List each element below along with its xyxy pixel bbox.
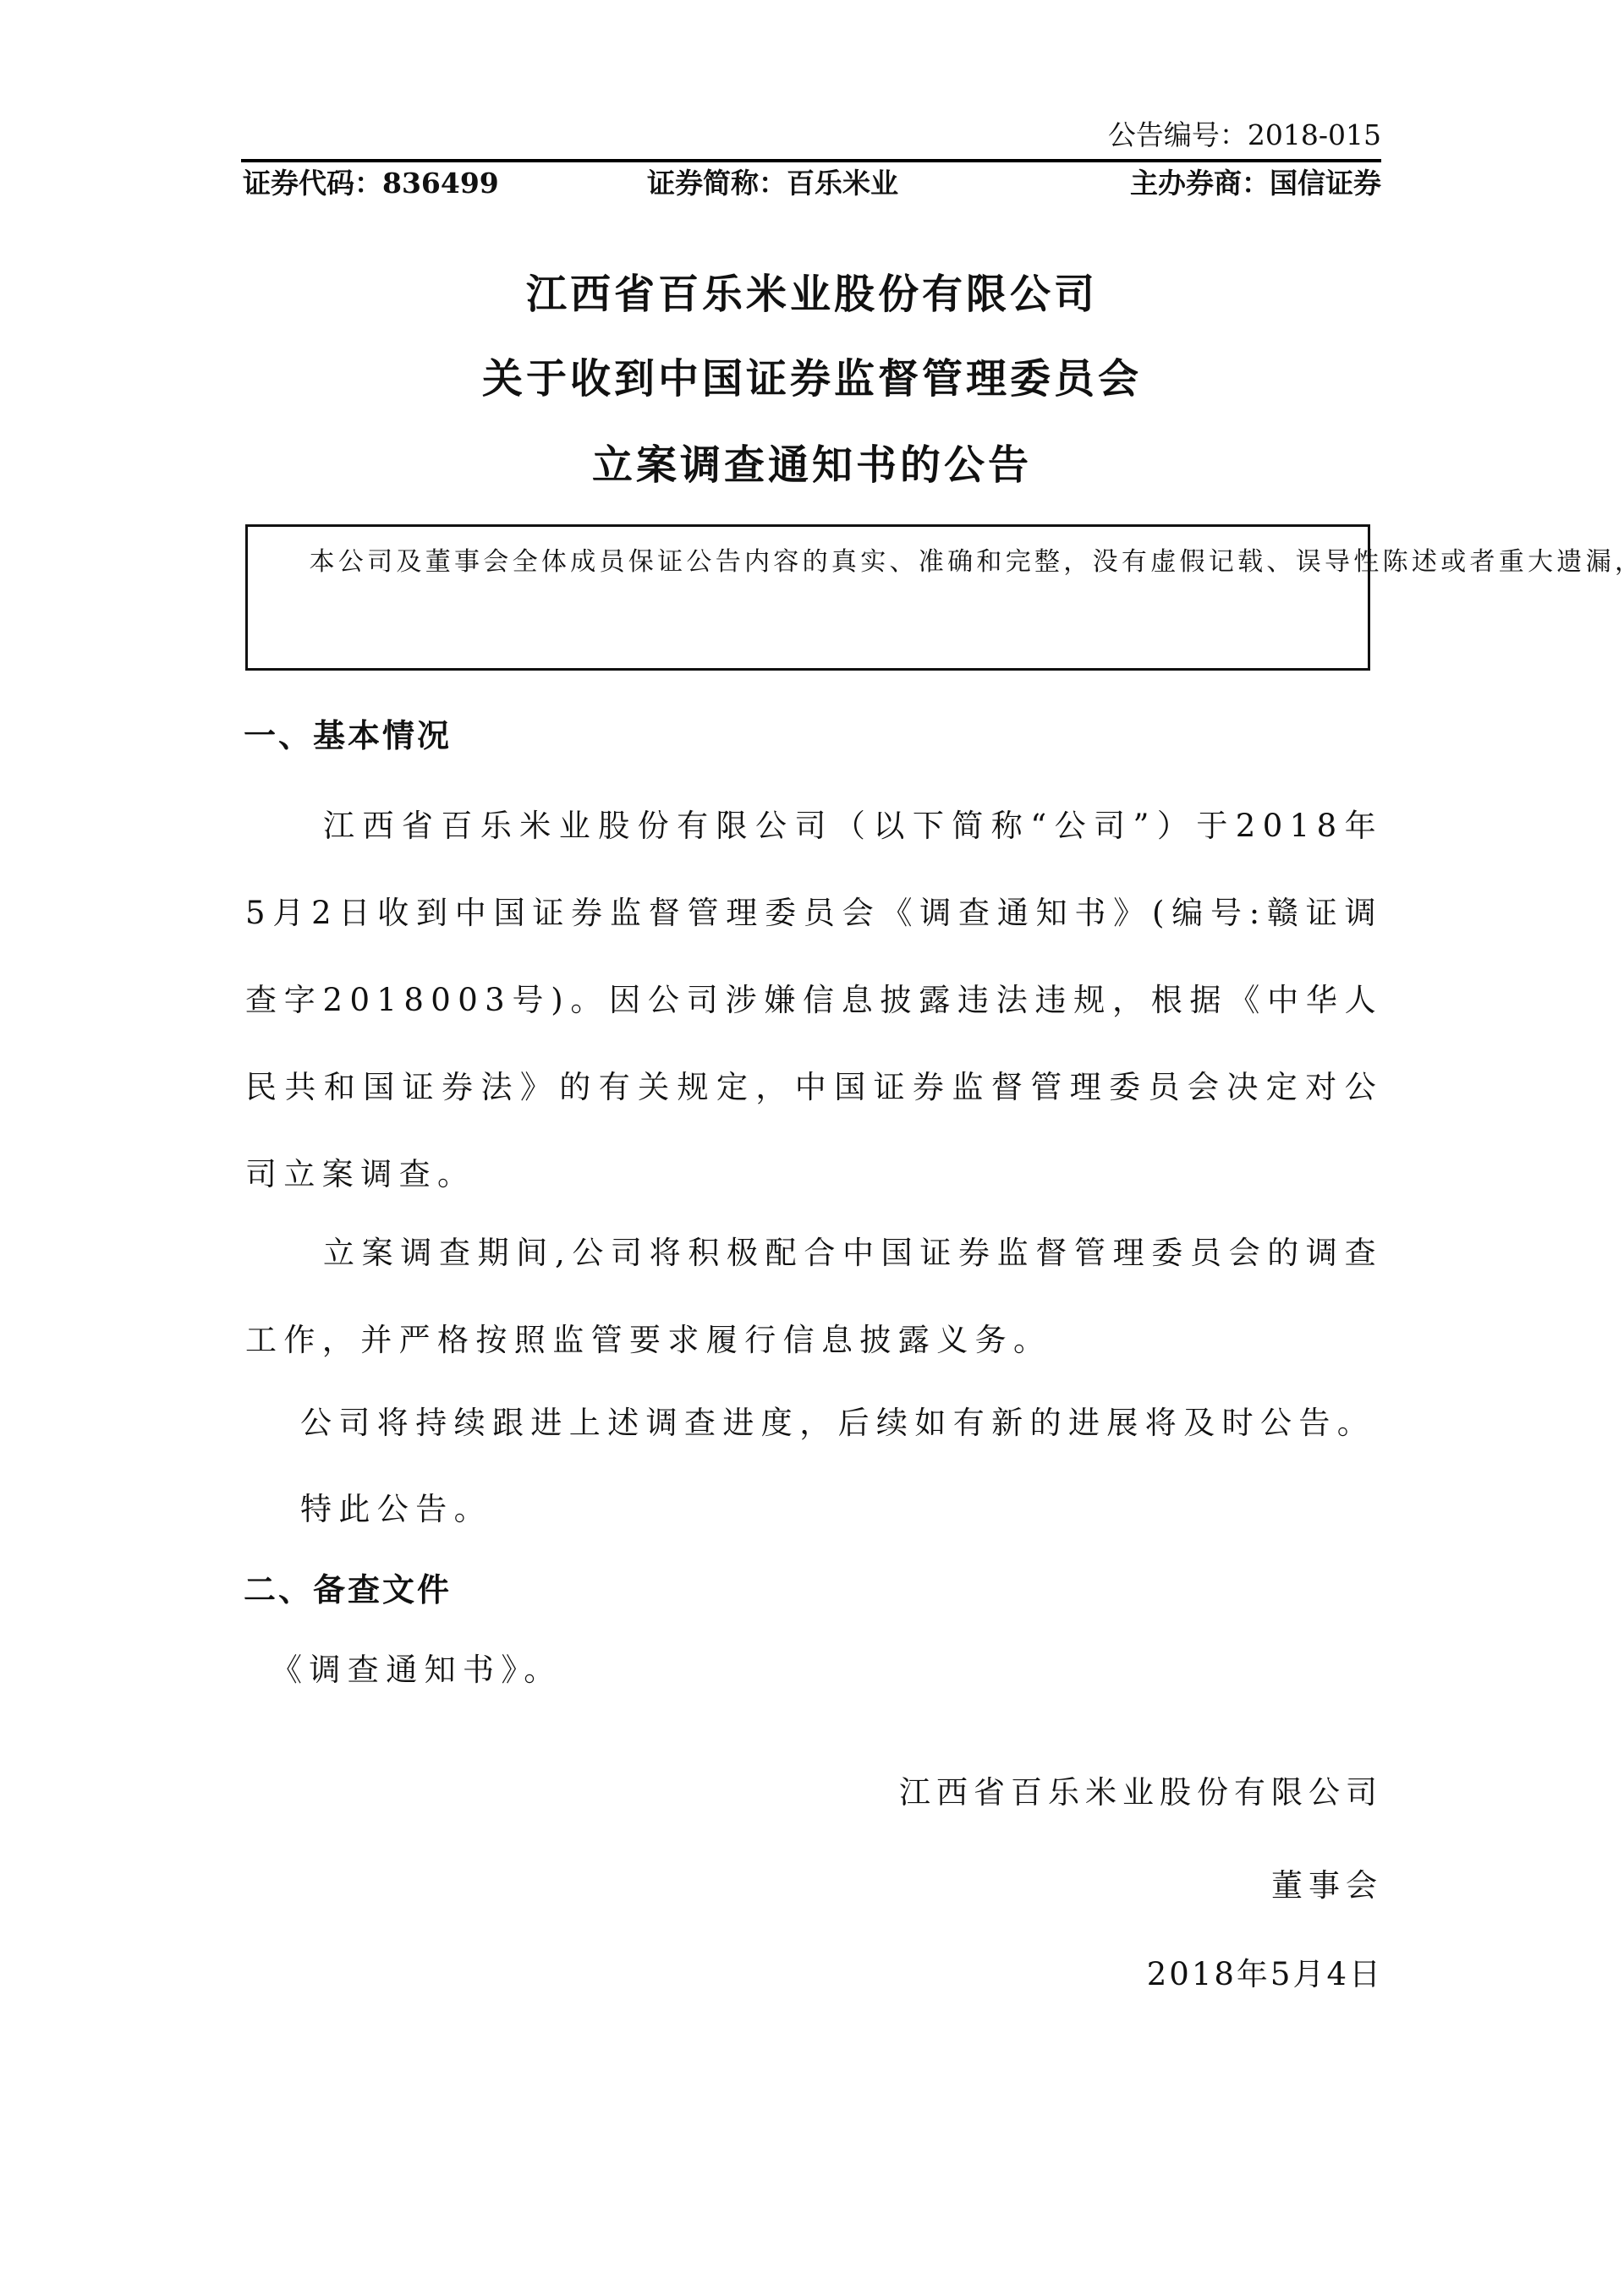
section-heading-basic-info: 一、基本情况	[244, 715, 452, 757]
disclaimer-box: 本公司及董事会全体成员保证公告内容的真实、准确和完整，没有虚假记载、误导性陈述或…	[245, 524, 1370, 671]
notice-number: 公告编号：2018-015	[1108, 118, 1381, 152]
lead-broker: 主办券商：国信证券	[1130, 166, 1381, 201]
section-heading-reference-docs: 二、备查文件	[244, 1569, 452, 1611]
reference-document: 《调查通知书》。	[271, 1649, 562, 1691]
header-rule	[241, 159, 1381, 162]
paragraph-follow-up: 公司将持续跟进上述调查进度，后续如有新的进展将及时公告。	[300, 1402, 1375, 1444]
title-line-3: 立案调查通知书的公告	[0, 440, 1624, 490]
paragraph-case-notice: 江西省百乐米业股份有限公司（以下简称“公司”）于2018年5月2日收到中国证券监…	[245, 782, 1383, 1218]
security-code: 证券代码：836499	[243, 166, 499, 201]
signature-date: 2018年5月4日	[1147, 1954, 1383, 1996]
paragraph-closing: 特此公告。	[300, 1488, 492, 1531]
announcement-page: 公告编号：2018-015 证券代码：836499 证券简称：百乐米业 主办券商…	[0, 0, 1624, 2296]
title-line-1: 江西省百乐米业股份有限公司	[0, 269, 1624, 320]
signature-board: 董事会	[1271, 1865, 1383, 1907]
paragraph-cooperation: 立案调查期间,公司将积极配合中国证券监督管理委员会的调查工作，并严格按照监管要求…	[245, 1209, 1383, 1384]
disclaimer-text: 本公司及董事会全体成员保证公告内容的真实、准确和完整，没有虚假记载、误导性陈述或…	[255, 542, 1361, 583]
title-line-2: 关于收到中国证券监督管理委员会	[0, 353, 1624, 404]
signature-company: 江西省百乐米业股份有限公司	[899, 1772, 1383, 1814]
security-abbreviation: 证券简称：百乐米业	[647, 166, 898, 201]
